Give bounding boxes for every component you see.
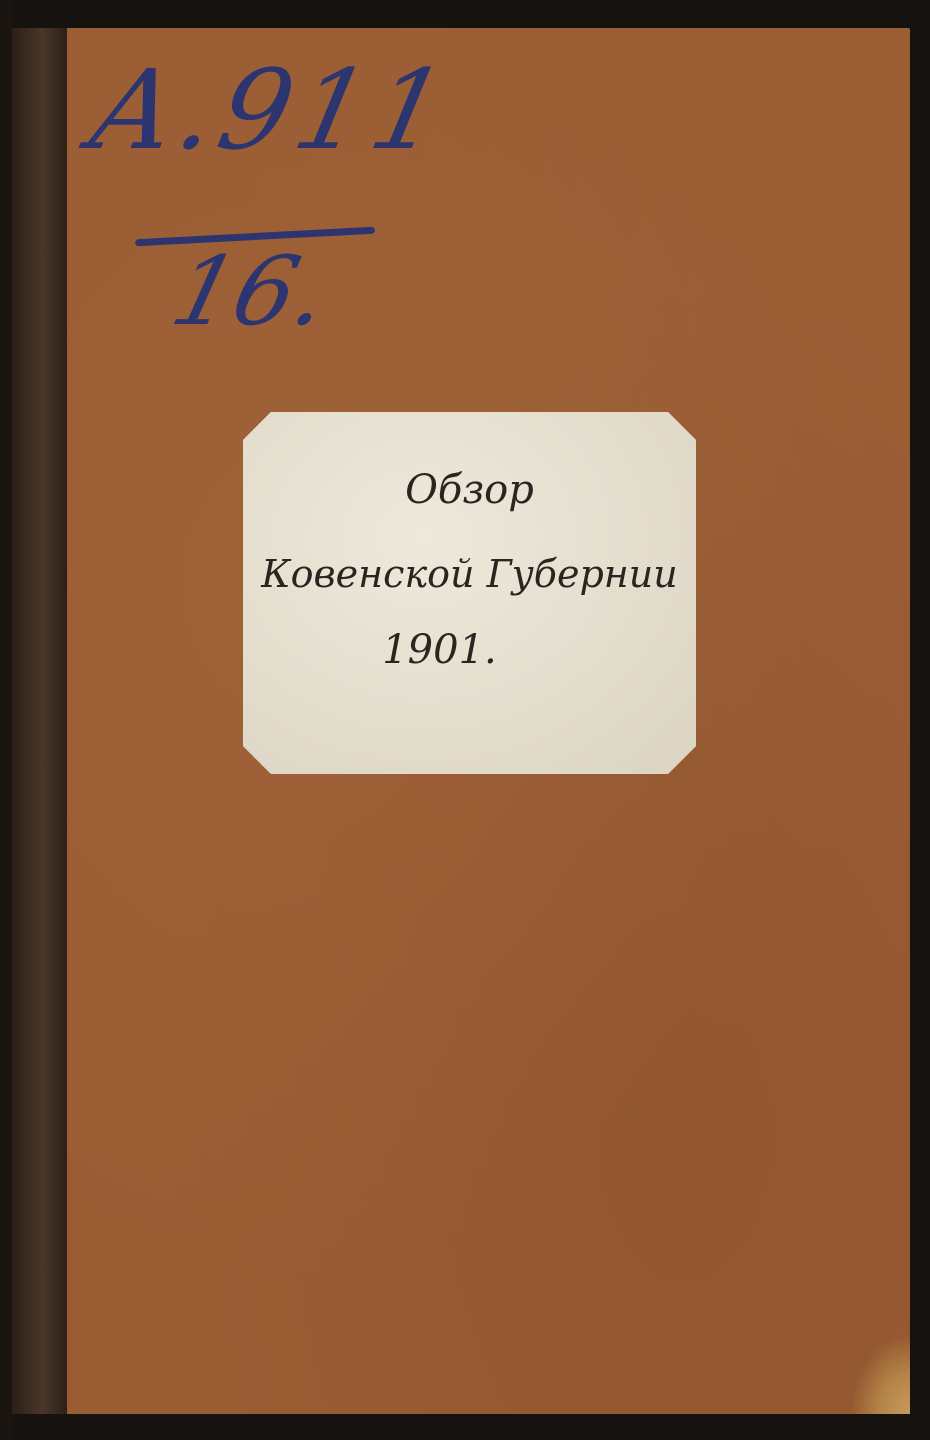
label-subtitle: Ковенской Губернии	[243, 552, 696, 596]
label-title: Обзор	[243, 467, 696, 513]
shelfmark-top: A.911	[83, 55, 461, 165]
label-year: 1901.	[213, 627, 666, 673]
title-label: Обзор Ковенской Губернии 1901.	[243, 412, 696, 774]
book-spine	[12, 28, 67, 1414]
background-edge	[0, 0, 12, 1440]
shelfmark-bottom: 16.	[163, 245, 338, 340]
worn-corner	[850, 1334, 910, 1414]
shelfmark: A.911 16.	[95, 55, 395, 345]
